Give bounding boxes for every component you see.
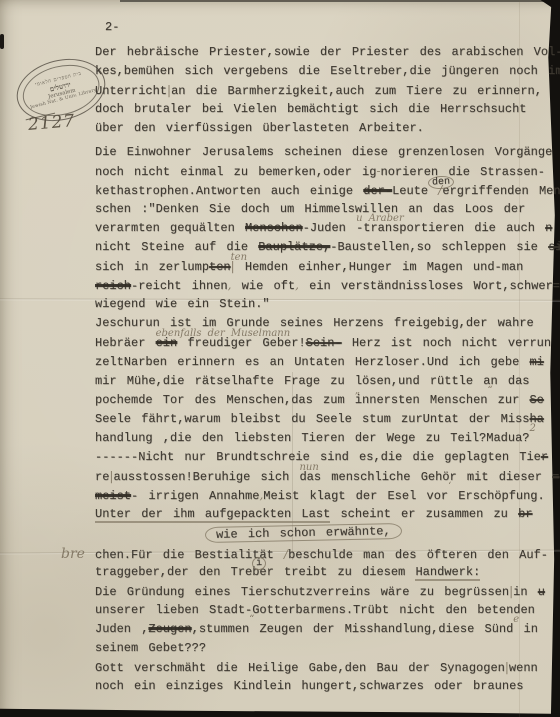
typed-segment: - irrigen Annahme bbox=[131, 489, 259, 503]
typed-segment: noch ein einziges Kindlein hungert,schwa… bbox=[95, 679, 523, 693]
typed-line: Hebräer ebenfalls der Muselmannein freud… bbox=[95, 336, 560, 355]
typed-segment: an die Barmherzigkeit,auch zum Tiere zu … bbox=[171, 84, 542, 98]
annotated-segment: r bbox=[541, 450, 548, 464]
annotated-segment: = bbox=[552, 470, 559, 484]
typed-line: über den vierfüssigen überlasteten Arbei… bbox=[95, 121, 560, 140]
typed-segment: wiegend wie ein Stein." bbox=[95, 297, 270, 311]
typed-segment: in bbox=[513, 585, 538, 599]
typed-segment: kes,bemühen sich vergebens die Eseltrebe… bbox=[95, 64, 560, 78]
typed-line: meist- irrigen Annahme,Meist klagt der E… bbox=[95, 488, 560, 507]
typed-segment: beschulde man des öfteren den Auf- bbox=[288, 548, 548, 562]
typed-segment: Unterricht bbox=[95, 84, 167, 98]
typed-segment: Die Gründung eines Tierschutzverreins wä… bbox=[95, 585, 509, 599]
typed-segment: verarmten gequälten bbox=[95, 221, 245, 235]
typed-segment: Die Einwohner Jerusalems scheinen diese … bbox=[95, 145, 552, 159]
typed-line: Die Einwohner Jerusalems scheinen diese … bbox=[95, 145, 560, 164]
typed-segment: Erschöpfung. bbox=[448, 489, 545, 503]
typed-line: ------Nicht nur Brundtschreie sind es,di… bbox=[95, 450, 560, 469]
annotated-segment: reich bbox=[95, 279, 131, 293]
annotated-segment: si bbox=[548, 240, 560, 254]
typed-line: Gott verschmäht die Heilige Gabe,den Bau… bbox=[95, 660, 560, 679]
annotated-segment: u bbox=[538, 585, 545, 599]
scanned-document: בית הספרים הלאומי ירושלים Jerusalem Jewi… bbox=[0, 0, 560, 717]
typed-segment: unserer lieben Stadt-Gotterbarmens.Trübt… bbox=[95, 603, 535, 617]
pencil-annotation: nun bbox=[299, 462, 318, 473]
typed-segment: ergriffenden Men- bbox=[442, 184, 560, 198]
typed-segment: wenn bbox=[509, 661, 538, 675]
pencil-annotation: „ bbox=[355, 385, 360, 396]
typed-line: kes,bemühen sich vergebens die Eseltrebe… bbox=[95, 64, 560, 83]
typed-line: pochemde Tor des Menschen,das zum „inner… bbox=[95, 393, 560, 412]
pencil-annotation: ten bbox=[231, 252, 247, 263]
typed-line: sich in zerlumptenten| Hemden einher,Hun… bbox=[95, 259, 560, 278]
typed-line: re|ausstossen!Beruhige sich nundas mensc… bbox=[95, 469, 560, 488]
typed-segment: Hebräer bbox=[95, 336, 156, 350]
annotated-segment: Unter der ihm aufgepackten Last bbox=[95, 507, 330, 521]
typed-segment: scheint er zusammen zu bbox=[330, 507, 518, 521]
typed-segment: Zeugen der Misshandlung,diese Sünd bbox=[249, 622, 513, 636]
typed-segment: das menschliche Gehör mit dieser bbox=[299, 470, 552, 484]
typed-segment: zeltNarben erinnern es an Untaten Herzlo… bbox=[95, 355, 529, 369]
typed-line: 2- bbox=[105, 20, 560, 39]
typed-segment: zur bbox=[487, 393, 529, 407]
annotated-segment: meist bbox=[95, 489, 131, 503]
pencil-annotation: u Araber bbox=[356, 213, 404, 224]
typed-line: unserer lieben Stadt-Gotterbarmens.Trübt… bbox=[95, 603, 560, 622]
typed-segment: Der hebräische Priester,sowie der Priest… bbox=[95, 45, 560, 59]
annotated-segment: Menschen bbox=[245, 221, 303, 235]
typed-segment: kethastrophen.Antworten auch einige bbox=[95, 184, 363, 198]
typed-segment: mir Mühe,die rätselhafte Frage zu lösen,… bbox=[95, 374, 529, 388]
typed-line: zeltNarben erinnern es an Untaten Herzlo… bbox=[95, 355, 560, 374]
typed-line: wie ich schon erwähnte, bbox=[205, 526, 560, 545]
pencil-annotation: ebenfalls der Muselmann bbox=[156, 328, 291, 339]
typed-segment: doch brutaler bei Vielen bemächtigt sich… bbox=[95, 102, 526, 116]
scan-backdrop-top-edge bbox=[120, 0, 560, 2]
scan-backdrop-left-mark bbox=[0, 34, 4, 49]
typed-segment: 2- bbox=[105, 20, 119, 34]
typed-segment: Leute bbox=[392, 184, 428, 198]
typed-line: noch nicht einmal zu bemerken,oder ig-no… bbox=[95, 164, 560, 183]
typed-line: schen :"Denken Sie doch um Himmelswillen… bbox=[95, 202, 560, 221]
annotated-segment: br bbox=[518, 507, 532, 521]
typed-segment: sich in zerlump bbox=[95, 260, 209, 274]
typed-line: traggeber,der den Treiber treibt zu dies… bbox=[95, 565, 560, 584]
pencil-annotation: ʻ bbox=[448, 481, 451, 492]
typescript-text: 2-Der hebräische Priester,sowie der Prie… bbox=[95, 20, 560, 698]
annotated-segment: wie ich schon erwähnte, bbox=[205, 523, 402, 543]
typed-segment: pochemde Tor des Menschen,das zum bbox=[95, 393, 355, 407]
annotated-segment: Bauplätze, bbox=[258, 240, 330, 254]
typed-segment: Seele fährt,warum bleibst du Seele stum … bbox=[95, 412, 529, 426]
typed-segment: ber treibt zu diesem bbox=[252, 565, 415, 579]
typed-segment: traggeber,der den Tre bbox=[95, 565, 252, 579]
typed-segment: Juden , bbox=[95, 622, 148, 636]
typed-segment: norieren die Strassen- bbox=[381, 165, 545, 179]
typed-line: Der hebräische Priester,sowie der Priest… bbox=[95, 45, 560, 64]
typed-line: Die Gründung eines Tierschutzverreins wä… bbox=[95, 584, 560, 603]
typed-segment: -Juden bbox=[303, 221, 356, 235]
typed-segment: seinem Gebet??? bbox=[95, 641, 206, 655]
typed-segment: über den vierfüssigen überlasteten Arbei… bbox=[95, 121, 424, 135]
typed-line: kethastrophen.Antworten auch einige der-… bbox=[95, 183, 560, 202]
pencil-annotation: 2 bbox=[529, 423, 535, 434]
typed-line: Unterricht|an die Barmherzigkeit,auch zu… bbox=[95, 83, 560, 102]
typed-line: Juden ,Zeugen,stummen“ Zeugen der Missha… bbox=[95, 622, 560, 641]
typed-line: reich-reicht ihnen, wie oft, ein verstän… bbox=[95, 278, 560, 297]
typed-segment: ,stummen bbox=[192, 622, 250, 636]
typed-segment: handlung ,die den liebsten Tieren der We… bbox=[95, 431, 529, 445]
typed-segment: Meist klagt der Esel vor bbox=[263, 489, 448, 503]
annotated-segment: Handwerk: bbox=[415, 565, 480, 579]
typed-line: Seele fährt,warum bleibst du Seele stum … bbox=[95, 412, 560, 431]
typed-segment: schen :"Denken Sie doch um Himmelswillen… bbox=[95, 202, 525, 216]
annotated-segment: Se bbox=[529, 393, 543, 407]
typed-line: verarmten gequälten Menschen-Juden u Ara… bbox=[95, 221, 560, 240]
typed-segment: ein verständnissloses Wort,schwer= bbox=[299, 279, 560, 293]
typed-segment: ausstossen!Beruhige sich bbox=[113, 470, 299, 484]
typed-line: handlung ,die den liebsten Tieren der We… bbox=[95, 431, 560, 450]
typed-segment: Gott verschmäht die Heilige Gabe,den Bau… bbox=[95, 661, 505, 675]
catalog-number-handwritten: 2127 bbox=[27, 111, 76, 135]
typed-segment: re bbox=[95, 470, 109, 484]
typed-segment: noch nicht einmal zu bemerken,oder ig bbox=[95, 165, 376, 179]
typed-line: seinem Gebet??? bbox=[95, 641, 560, 660]
typed-line: brechen.Für die Bestialität /beschulde m… bbox=[95, 546, 560, 565]
pencil-annotation: e bbox=[513, 614, 519, 625]
pencil-annotation: “ bbox=[487, 385, 492, 396]
typed-segment: Hemden einher,Hunger im Magen und-man bbox=[235, 260, 524, 274]
annotated-segment: mi bbox=[529, 355, 543, 369]
typed-segment: -reicht ihnen bbox=[131, 279, 228, 293]
typed-line: doch brutaler bei Vielen bemächtigt sich… bbox=[95, 102, 560, 121]
typed-segment: wie oft bbox=[231, 279, 295, 293]
typed-segment: -Baustellen,so schleppen sie bbox=[330, 240, 548, 254]
typed-segment: innersten Menschen bbox=[355, 393, 488, 407]
annotated-segment: Sein- bbox=[306, 336, 342, 350]
typed-line: nicht Steine auf die Bauplätze,-Baustell… bbox=[95, 240, 560, 259]
annotated-segment: Zeugen bbox=[148, 622, 191, 636]
typed-line: wiegend wie ein Stein." bbox=[95, 297, 560, 316]
annotated-segment: n bbox=[545, 221, 552, 235]
scan-backdrop-bottom-edge bbox=[0, 706, 560, 717]
typed-line: noch ein einziges Kindlein hungert,schwa… bbox=[95, 679, 560, 698]
annotated-segment: ten bbox=[209, 260, 231, 274]
pencil-annotation: “ bbox=[249, 614, 254, 625]
typed-segment: Herz ist noch nicht verrun bbox=[342, 336, 551, 350]
annotated-segment: der- bbox=[363, 184, 392, 198]
